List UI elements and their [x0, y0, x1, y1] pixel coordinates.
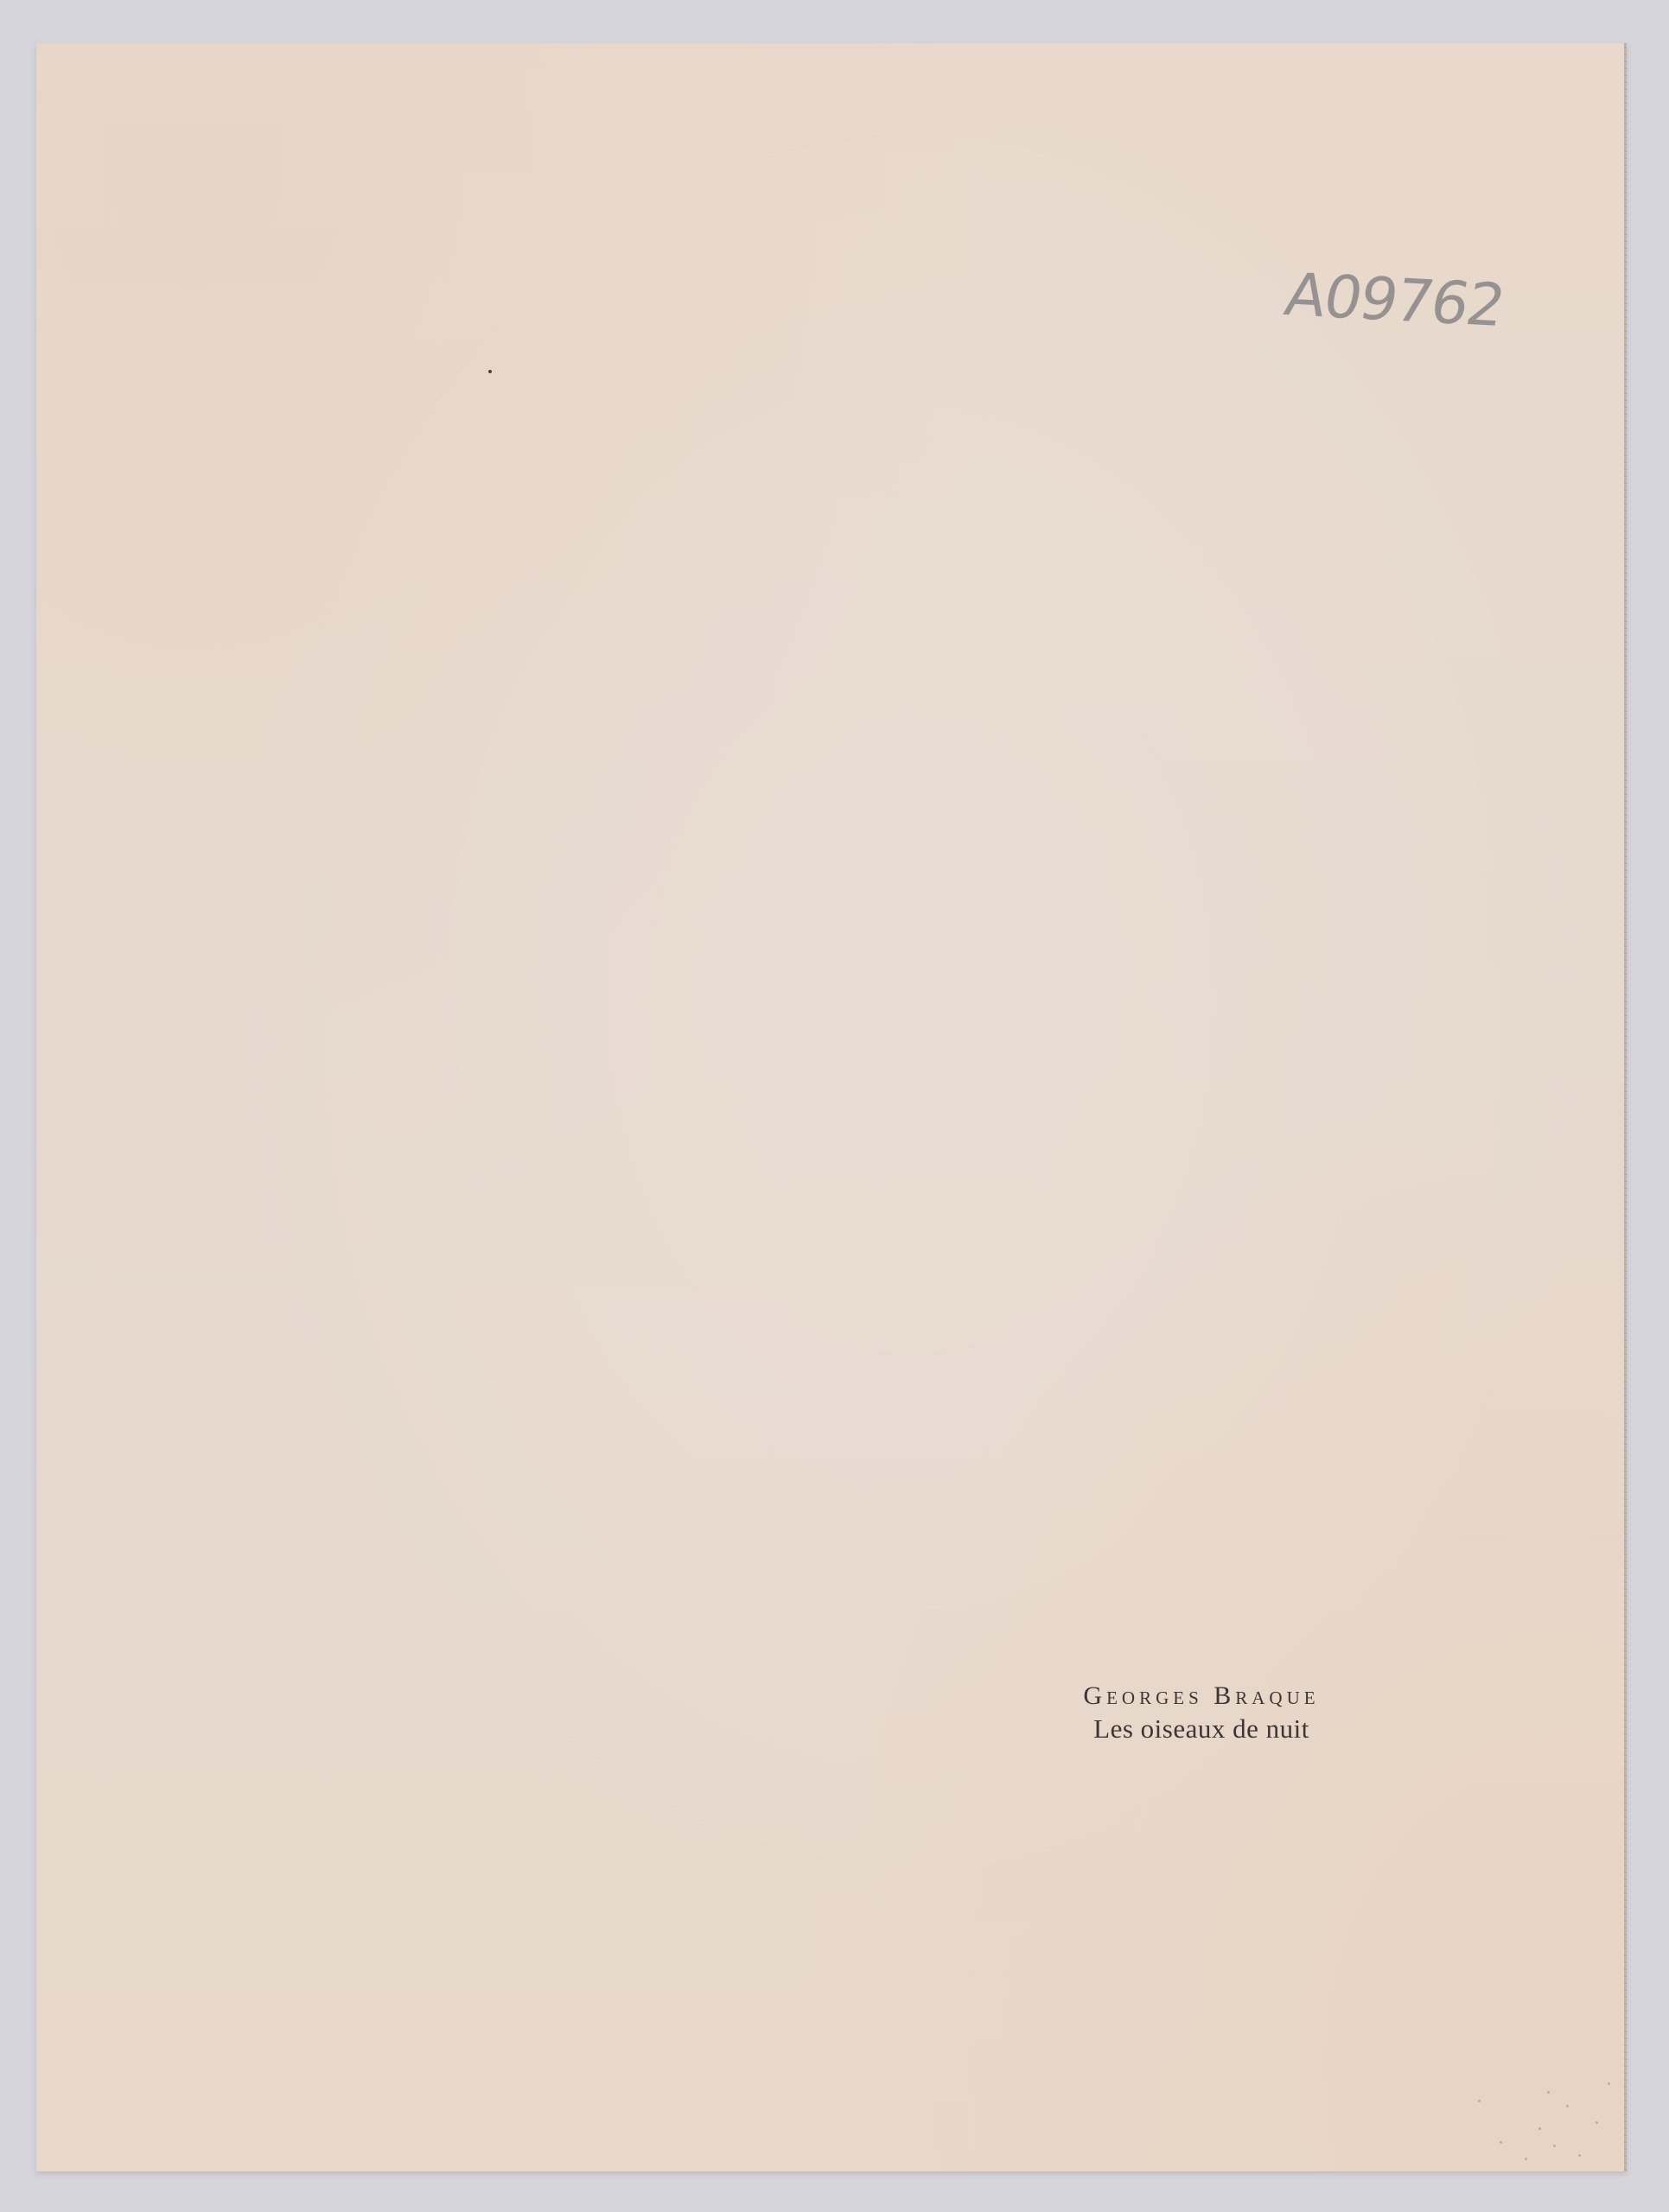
ink-speck	[488, 370, 492, 373]
artwork-title: Les oiseaux de nuit	[1020, 1712, 1383, 1746]
foxing-speck	[1608, 2082, 1610, 2085]
foxing-speck	[1525, 2158, 1527, 2160]
foxing-speck	[1547, 2091, 1550, 2094]
print-caption: Georges Braque Les oiseaux de nuit	[1020, 1681, 1383, 1746]
handwritten-inventory-number: A09762	[1279, 261, 1509, 340]
foxing-speck	[1478, 2100, 1481, 2102]
foxing-speck	[1578, 2154, 1581, 2157]
artist-name: Georges Braque	[1020, 1681, 1383, 1712]
foxing-speck	[1596, 2121, 1598, 2124]
foxing-speck	[1538, 2127, 1541, 2130]
foxing-speck	[1500, 2141, 1502, 2144]
paper-sheet	[36, 43, 1627, 2171]
foxing-speck	[1553, 2145, 1556, 2147]
deckled-edge	[1624, 43, 1627, 2171]
foxing-speck	[1566, 2105, 1569, 2107]
